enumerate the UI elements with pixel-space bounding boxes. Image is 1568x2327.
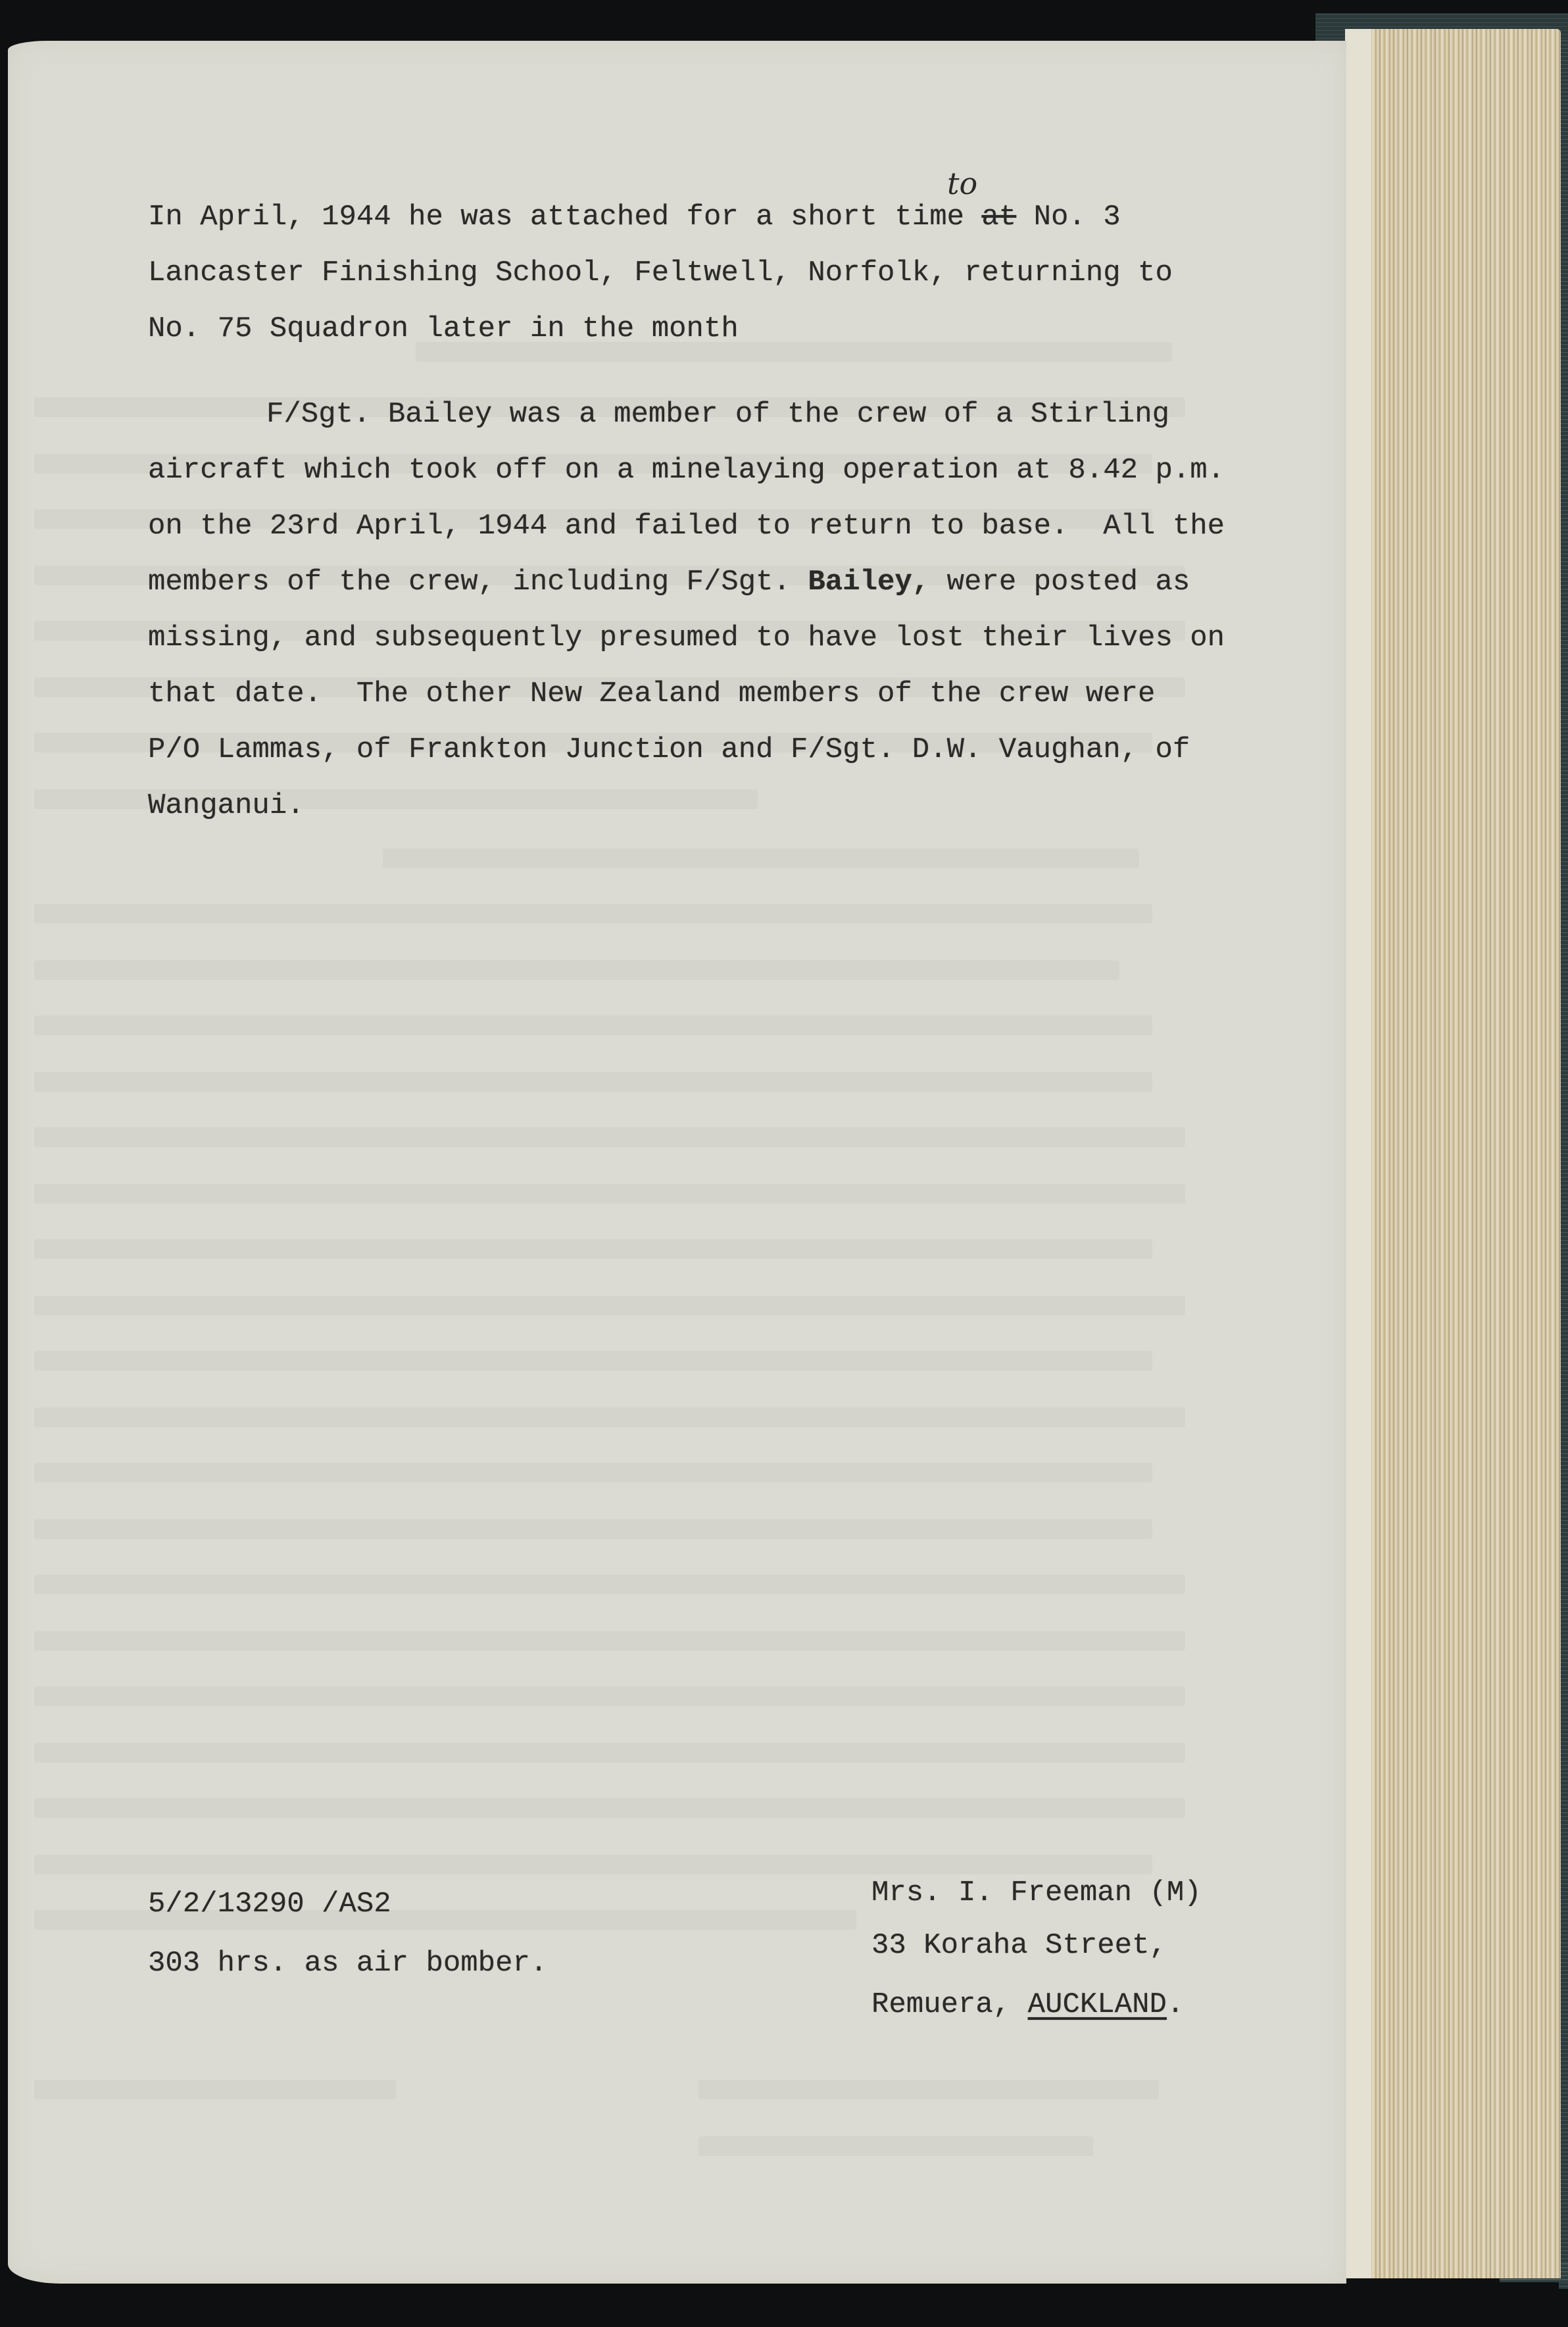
address-city: AUCKLAND [1028, 1988, 1167, 2021]
file-reference: 5/2/13290 /AS2 [148, 1890, 391, 1919]
show-through-line [34, 2080, 396, 2099]
address-city-suffix: . [1167, 1988, 1184, 2021]
show-through-line [34, 1127, 1185, 1147]
address-suburb: Remuera, [871, 1988, 1028, 2021]
line-tail: No. 3 [1016, 201, 1120, 233]
show-through-line [34, 1408, 1185, 1427]
show-through-line [34, 1072, 1152, 1092]
show-through-line [34, 1239, 1152, 1259]
show-through-line [698, 2080, 1159, 2099]
show-through-line [34, 1631, 1185, 1651]
paragraph-1-line-3: No. 75 Squadron later in the month [148, 314, 739, 343]
show-through-line [34, 1743, 1185, 1763]
paragraph-1-line-1: In April, 1944 he was attached for a sho… [148, 203, 1121, 232]
paragraph-2-line-6: that date. The other New Zealand members… [148, 679, 1155, 708]
show-through-line [383, 848, 1139, 868]
show-through-line [34, 1798, 1185, 1818]
address-name: Mrs. I. Freeman (M) [871, 1878, 1202, 1907]
paragraph-2-line-1: F/Sgt. Bailey was a member of the crew o… [266, 400, 1169, 429]
show-through-line [34, 1463, 1152, 1482]
show-through-line [34, 1519, 1152, 1539]
bold-name: Bailey, [808, 566, 929, 599]
address-city-line: Remuera, AUCKLAND. [871, 1990, 1184, 2019]
show-through-line [34, 1686, 1185, 1706]
paragraph-2-line-4: members of the crew, including F/Sgt. Ba… [148, 568, 1190, 597]
line-text: members of the crew, including F/Sgt. [148, 566, 808, 599]
line-text: In April, 1944 he was attached for a sho… [148, 201, 981, 233]
line-tail: were posted as [929, 566, 1190, 599]
show-through-line [698, 2136, 1093, 2156]
paragraph-2-line-5: missing, and subsequently presumed to ha… [148, 624, 1225, 652]
paragraph-2-line-2: aircraft which took off on a minelaying … [148, 456, 1225, 485]
paragraph-2-line-3: on the 23rd April, 1944 and failed to re… [148, 512, 1225, 541]
handwritten-insertion: to [947, 166, 977, 201]
show-through-line [34, 789, 758, 809]
paragraph-1-line-2: Lancaster Finishing School, Feltwell, No… [148, 258, 1173, 287]
show-through-line [34, 960, 1119, 980]
show-through-line [34, 1296, 1185, 1315]
book-page-edges [1345, 29, 1561, 2278]
paragraph-2-line-8: Wanganui. [148, 791, 305, 820]
address-street: 33 Koraha Street, [871, 1931, 1167, 1960]
show-through-line [34, 1855, 1152, 1874]
struck-word: at [981, 201, 1016, 233]
show-through-line [34, 1184, 1185, 1204]
show-through-line [34, 1351, 1152, 1371]
paragraph-2-line-7: P/O Lammas, of Frankton Junction and F/S… [148, 735, 1190, 764]
flying-hours: 303 hrs. as air bomber. [148, 1949, 547, 1978]
show-through-line [34, 1575, 1185, 1594]
show-through-line [34, 904, 1152, 923]
show-through-line [34, 1016, 1152, 1035]
